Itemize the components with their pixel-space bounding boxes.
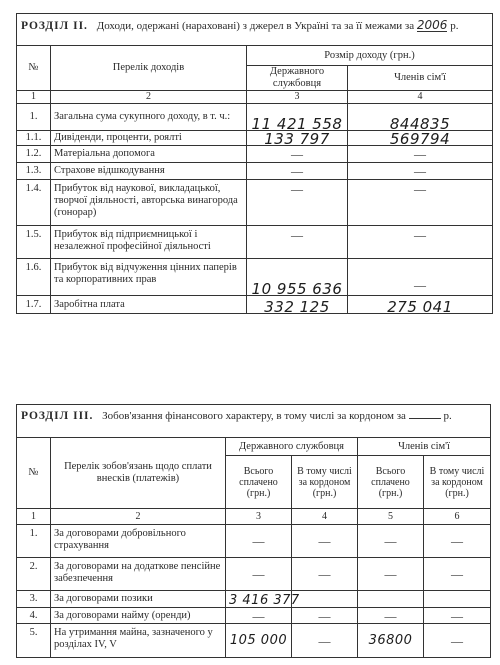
cs-total-value[interactable]: — [226, 608, 292, 624]
civil-servant-value[interactable]: — [247, 226, 348, 259]
row-label: Прибуток від підприємницької і незалежно… [51, 226, 247, 259]
col-num-2: 2 [51, 509, 226, 525]
header-fam-total-paid: Всього сплачено (грн.) [358, 456, 424, 509]
row-no: 1.4. [17, 180, 51, 226]
col-num-4: 4 [292, 509, 358, 525]
table-row: 1.7. Заробітна плата 332 125 275 041 [17, 296, 493, 314]
family-value[interactable]: 275 041 [348, 296, 493, 314]
family-value[interactable]: — [348, 180, 493, 226]
header-fam-abroad: В тому числі за кордоном (грн.) [424, 456, 491, 509]
fam-total-value[interactable]: 36800 [358, 624, 424, 658]
section-3-label: РОЗДІЛ ІІІ. [21, 410, 93, 422]
family-value[interactable]: 569794 [348, 131, 493, 146]
family-value[interactable]: — [348, 146, 493, 163]
table-row: 1.2. Матеріальна допомога — — [17, 146, 493, 163]
row-label: Страхове відшкодування [51, 163, 247, 180]
header-family: Членів сім'ї [348, 66, 493, 91]
header-amount-group: Розмір доходу (грн.) [247, 46, 493, 66]
fam-total-value[interactable] [358, 591, 424, 608]
section-2-title-text: Доходи, одержані (нараховані) з джерел в… [97, 20, 414, 32]
table-row: 1. Загальна сума сукупного доходу, в т. … [17, 104, 493, 131]
row-label: На утримання майна, зазначеного у розділ… [51, 624, 226, 658]
cs-abroad-value[interactable] [292, 591, 358, 608]
row-no: 3. [17, 591, 51, 608]
table-row: 1.5. Прибуток від підприємницької і неза… [17, 226, 493, 259]
table-row: 2. За договорами на додаткове пенсійне з… [17, 558, 491, 591]
header-income-list: Перелік доходів [51, 46, 247, 91]
fam-abroad-value[interactable]: — [424, 558, 491, 591]
col-num-3: 3 [226, 509, 292, 525]
row-no: 1. [17, 104, 51, 131]
row-no: 1.3. [17, 163, 51, 180]
cs-total-value[interactable]: 3 416 377 [226, 591, 292, 608]
row-label: Прибуток від відчуження цінних паперів т… [51, 259, 247, 296]
header-no: № [17, 438, 51, 509]
header-family: Членів сім'ї [358, 438, 491, 456]
col-num-5: 5 [358, 509, 424, 525]
cs-abroad-value[interactable]: — [292, 624, 358, 658]
table-row: 1.6. Прибуток від відчуження цінних папе… [17, 259, 493, 296]
header-cs-abroad: В тому числі за кордоном (грн.) [292, 456, 358, 509]
fam-abroad-value[interactable] [424, 591, 491, 608]
year-suffix: р. [450, 20, 458, 32]
civil-servant-value[interactable]: 10 955 636 [247, 259, 348, 296]
cs-total-value[interactable]: — [226, 558, 292, 591]
row-label: Заробітна плата [51, 296, 247, 314]
table-row: 5. На утримання майна, зазначеного у роз… [17, 624, 491, 658]
cs-abroad-value[interactable]: — [292, 525, 358, 558]
row-no: 1.1. [17, 131, 51, 146]
row-no: 5. [17, 624, 51, 658]
row-no: 1.7. [17, 296, 51, 314]
civil-servant-value[interactable]: — [247, 146, 348, 163]
civil-servant-value[interactable]: — [247, 180, 348, 226]
row-no: 1. [17, 525, 51, 558]
fam-abroad-value[interactable]: — [424, 525, 491, 558]
civil-servant-value[interactable]: 11 421 558 [247, 104, 348, 131]
table-row: 1.3. Страхове відшкодування — — [17, 163, 493, 180]
row-label: За договорами найму (оренди) [51, 608, 226, 624]
table-row: 1.4. Прибуток від наукової, викладацької… [17, 180, 493, 226]
header-obligations-list: Перелік зобов'язань щодо сплати внесків … [51, 438, 226, 509]
section-3-title: РОЗДІЛ ІІІ. Зобов'язання фінансового хар… [17, 405, 491, 438]
row-label: За договорами добровільного страхування [51, 525, 226, 558]
family-value[interactable]: 844835 [348, 104, 493, 131]
table-row: 4. За договорами найму (оренди) — — — — [17, 608, 491, 624]
col-num-6: 6 [424, 509, 491, 525]
row-label: Загальна сума сукупного доходу, в т. ч.: [51, 104, 247, 131]
fam-abroad-value[interactable]: — [424, 608, 491, 624]
civil-servant-value[interactable]: — [247, 163, 348, 180]
row-label: Прибуток від наукової, викладацької, тво… [51, 180, 247, 226]
col-num-1: 1 [17, 509, 51, 525]
col-num-2: 2 [51, 91, 247, 104]
family-value[interactable]: — [348, 259, 493, 296]
col-num-1: 1 [17, 91, 51, 104]
row-label: За договорами на додаткове пенсійне забе… [51, 558, 226, 591]
row-no: 1.5. [17, 226, 51, 259]
row-no: 1.2. [17, 146, 51, 163]
year-suffix: р. [443, 410, 451, 422]
cs-abroad-value[interactable]: — [292, 608, 358, 624]
row-no: 1.6. [17, 259, 51, 296]
family-value[interactable]: — [348, 226, 493, 259]
row-no: 2. [17, 558, 51, 591]
table-row: 1. За договорами добровільного страхуван… [17, 525, 491, 558]
fam-total-value[interactable]: — [358, 525, 424, 558]
cs-total-value[interactable]: 105 000 [226, 624, 292, 658]
cs-abroad-value[interactable]: — [292, 558, 358, 591]
family-value[interactable]: — [348, 163, 493, 180]
section-3-year-field[interactable] [409, 418, 441, 419]
row-label: За договорами позики [51, 591, 226, 608]
section-2-title: РОЗДІЛ ІІ. Доходи, одержані (нараховані)… [17, 14, 493, 46]
col-num-4: 4 [348, 91, 493, 104]
section-3-title-text: Зобов'язання фінансового характеру, в то… [102, 410, 406, 422]
income-table: РОЗДІЛ ІІ. Доходи, одержані (нараховані)… [16, 13, 493, 314]
cs-total-value[interactable]: — [226, 525, 292, 558]
header-cs-total-paid: Всього сплачено (грн.) [226, 456, 292, 509]
fam-total-value[interactable]: — [358, 558, 424, 591]
row-label: Дивіденди, проценти, роялті [51, 131, 247, 146]
header-civil-servant: Державного службовця [226, 438, 358, 456]
fam-abroad-value[interactable]: — [424, 624, 491, 658]
col-num-3: 3 [247, 91, 348, 104]
header-no: № [17, 46, 51, 91]
header-civil-servant: Державного службовця [247, 66, 348, 91]
fam-total-value[interactable]: — [358, 608, 424, 624]
row-label: Матеріальна допомога [51, 146, 247, 163]
table-row: 3. За договорами позики 3 416 377 [17, 591, 491, 608]
civil-servant-value[interactable]: 332 125 [247, 296, 348, 314]
row-no: 4. [17, 608, 51, 624]
obligations-table: РОЗДІЛ ІІІ. Зобов'язання фінансового хар… [16, 404, 491, 658]
section-2-label: РОЗДІЛ ІІ. [21, 20, 88, 32]
section-2-year-field[interactable]: 2006 [417, 19, 448, 32]
